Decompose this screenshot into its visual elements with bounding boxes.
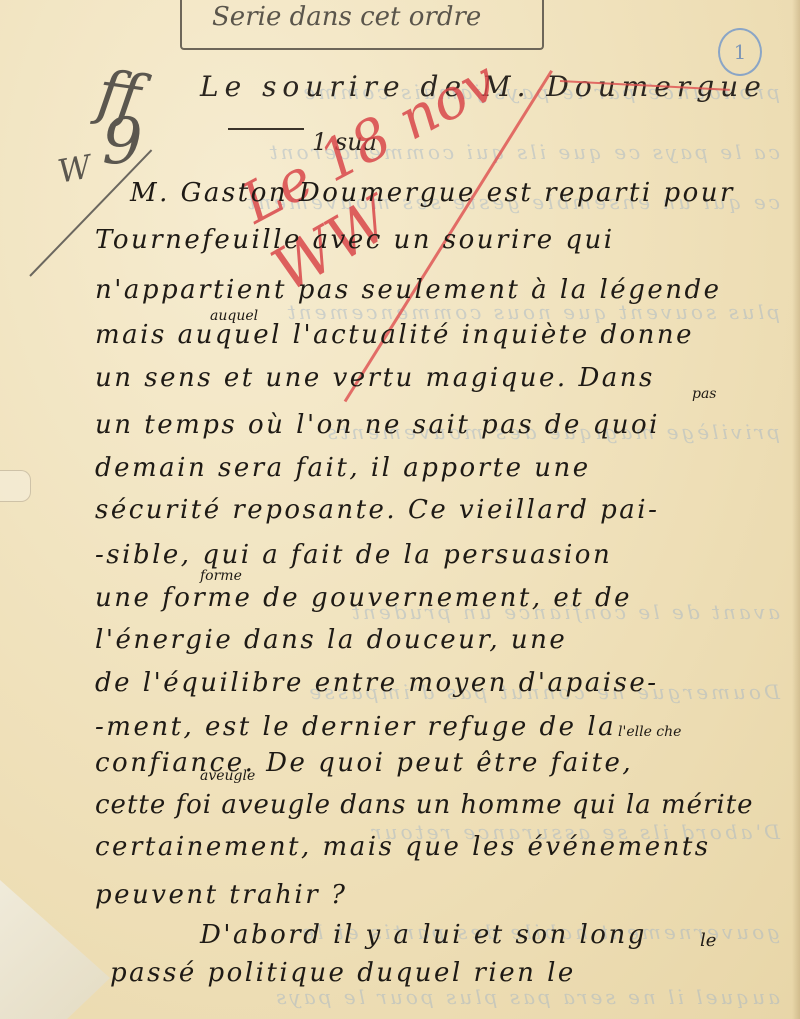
- manuscript-line: confiance. De quoi peut être faite,: [95, 748, 780, 778]
- manuscript-line: sécurité reposante. Ce vieillard pai-: [95, 495, 780, 525]
- manuscript-line: une forme de gouvernement, et de: [95, 583, 780, 613]
- interlinear-insertion: aveugle: [200, 768, 255, 784]
- header-note-text: Serie dans cet ordre: [212, 2, 481, 32]
- manuscript-line: passé politique duquel rien le: [110, 958, 780, 988]
- manuscript-line: certainement, mais que les événements: [95, 832, 780, 862]
- manuscript-line: D'abord il y a lui et son long: [200, 920, 780, 950]
- interlinear-insertion: l'elle che: [618, 724, 681, 740]
- interlinear-insertion: le: [700, 930, 716, 951]
- folded-corner: [0, 880, 110, 1019]
- manuscript-page: pronouncé par le pays jamais comme ca le…: [0, 0, 800, 1019]
- manuscript-line: un temps où l'on ne sait pas de quoi: [95, 410, 780, 440]
- margin-pencil-mark-initial: W: [55, 147, 94, 190]
- paper-tear: [0, 470, 31, 502]
- interlinear-insertion: pas: [692, 386, 717, 402]
- manuscript-line: de l'équilibre entre moyen d'apaise-: [95, 668, 780, 698]
- manuscript-line: mais auquel l'actualité inquiète donne: [95, 320, 780, 350]
- margin-pencil-mark-nine: 9: [102, 105, 143, 179]
- bleed-through-text: auquel il ne sera pas plus pour le pays: [40, 985, 780, 1009]
- page-number-circle: 1: [718, 28, 762, 76]
- manuscript-line: -sible, qui a fait de la persuasion: [95, 540, 780, 570]
- manuscript-line: demain sera fait, il apporte une: [95, 453, 780, 483]
- header-note-box: Serie dans cet ordre: [180, 0, 544, 50]
- manuscript-line: n'appartient pas seulement à la légende: [95, 275, 780, 305]
- manuscript-line: Tournefeuille avec un sourire qui: [95, 225, 780, 255]
- title-underline: [228, 128, 304, 130]
- manuscript-line: M. Gaston Doumergue est reparti pour: [130, 178, 780, 208]
- manuscript-line: un sens et une vertu magique. Dans: [95, 363, 780, 393]
- interlinear-insertion: forme: [200, 568, 242, 584]
- manuscript-line: cette foi aveugle dans un homme qui la m…: [95, 790, 780, 820]
- manuscript-line: l'énergie dans la douceur, une: [95, 625, 780, 655]
- manuscript-line: peuvent trahir ?: [95, 880, 780, 910]
